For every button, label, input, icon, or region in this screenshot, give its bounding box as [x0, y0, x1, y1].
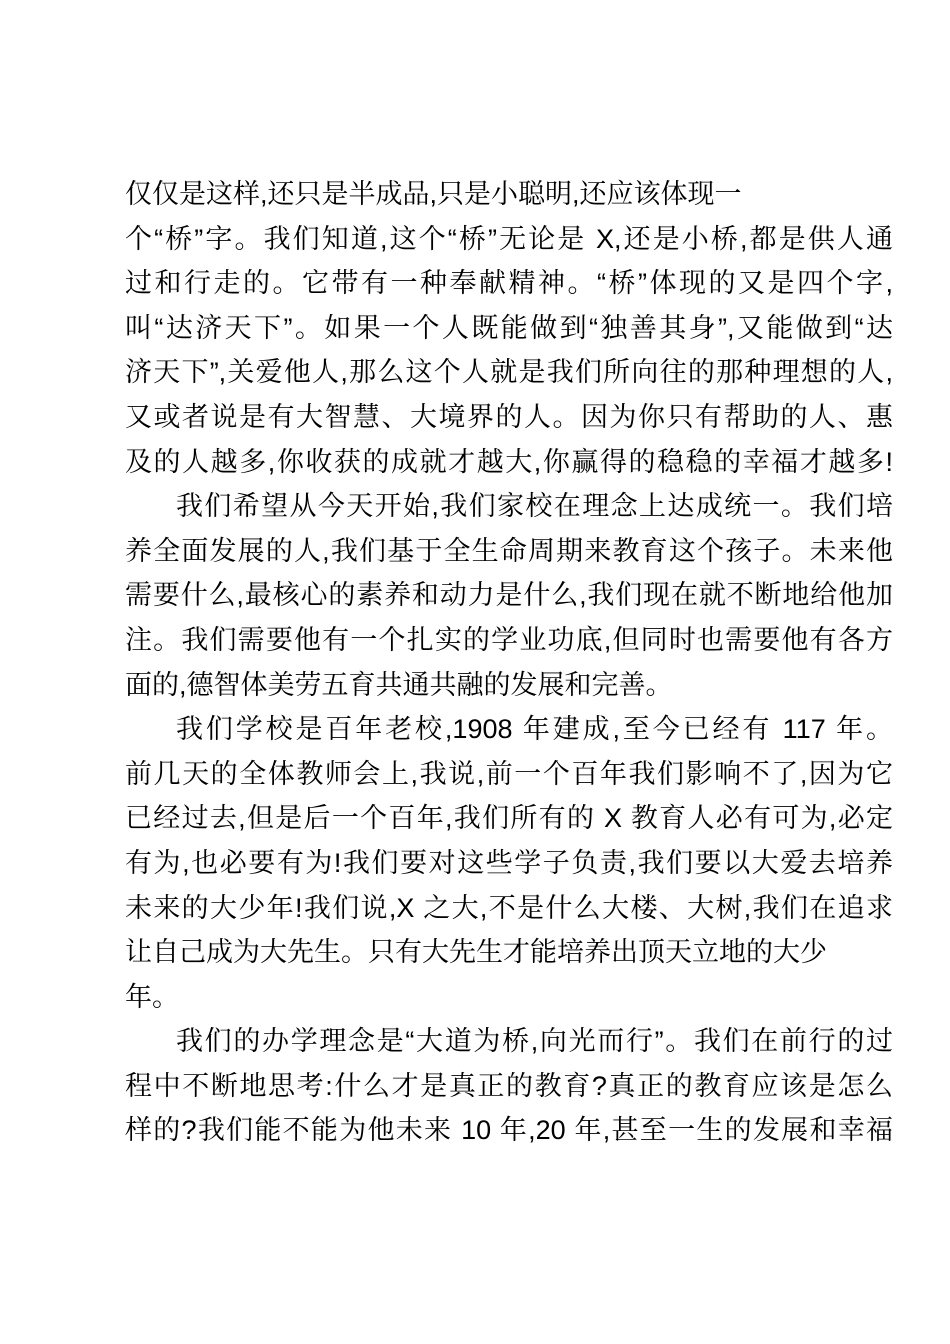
- text-line: 养全面发展的人,我们基于全生命周期来教育这个孩子。未来他: [125, 529, 893, 574]
- paragraph: 仅仅是这样,还只是半成品,只是小聪明,还应该体现一个“桥”字。我们知道,这个“桥…: [125, 172, 893, 484]
- text-line: 年。: [125, 975, 893, 1020]
- paragraph: 我们学校是百年老校,1908 年建成,至今已经有 117 年。前几天的全体教师会…: [125, 707, 893, 1019]
- paragraph: 我们希望从今天开始,我们家校在理念上达成统一。我们培养全面发展的人,我们基于全生…: [125, 484, 893, 707]
- text-line: 叫“达济天下”。如果一个人既能做到“独善其身”,又能做到“达: [125, 306, 893, 351]
- text-line: 样的?我们能不能为他未来 10 年,20 年,甚至一生的发展和幸福: [125, 1108, 893, 1153]
- paragraph: 我们的办学理念是“大道为桥,向光而行”。我们在前行的过程中不断地思考:什么才是真…: [125, 1019, 893, 1153]
- text-line: 我们希望从今天开始,我们家校在理念上达成统一。我们培: [125, 484, 893, 529]
- text-line: 又或者说是有大智慧、大境界的人。因为你只有帮助的人、惠: [125, 395, 893, 440]
- text-line: 我们的办学理念是“大道为桥,向光而行”。我们在前行的过: [125, 1019, 893, 1064]
- text-line: 未来的大少年!我们说,X 之大,不是什么大楼、大树,我们在追求: [125, 886, 893, 931]
- document-page: 仅仅是这样,还只是半成品,只是小聪明,还应该体现一个“桥”字。我们知道,这个“桥…: [0, 0, 950, 1344]
- text-line: 个“桥”字。我们知道,这个“桥”无论是 X,还是小桥,都是供人通: [125, 217, 893, 262]
- text-line: 前几天的全体教师会上,我说,前一个百年我们影响不了,因为它: [125, 752, 893, 797]
- text-line: 及的人越多,你收获的成就才越大,你赢得的稳稳的幸福才越多!: [125, 440, 893, 485]
- text-line: 面的,德智体美劳五育共通共融的发展和完善。: [125, 663, 893, 708]
- text-line: 注。我们需要他有一个扎实的学业功底,但同时也需要他有各方: [125, 618, 893, 663]
- text-line: 我们学校是百年老校,1908 年建成,至今已经有 117 年。: [125, 707, 893, 752]
- text-line: 程中不断地思考:什么才是真正的教育?真正的教育应该是怎么: [125, 1064, 893, 1109]
- text-line: 让自己成为大先生。只有大先生才能培养出顶天立地的大少: [125, 930, 893, 975]
- text-block: 仅仅是这样,还只是半成品,只是小聪明,还应该体现一个“桥”字。我们知道,这个“桥…: [125, 172, 893, 1153]
- text-line: 已经过去,但是后一个百年,我们所有的 X 教育人必有可为,必定: [125, 796, 893, 841]
- text-line: 仅仅是这样,还只是半成品,只是小聪明,还应该体现一: [125, 172, 893, 217]
- text-line: 需要什么,最核心的素养和动力是什么,我们现在就不断地给他加: [125, 573, 893, 618]
- text-line: 过和行走的。它带有一种奉献精神。“桥”体现的又是四个字,: [125, 261, 893, 306]
- text-line: 有为,也必要有为!我们要对这些学子负责,我们要以大爱去培养: [125, 841, 893, 886]
- text-line: 济天下”,关爱他人,那么这个人就是我们所向往的那种理想的人,: [125, 350, 893, 395]
